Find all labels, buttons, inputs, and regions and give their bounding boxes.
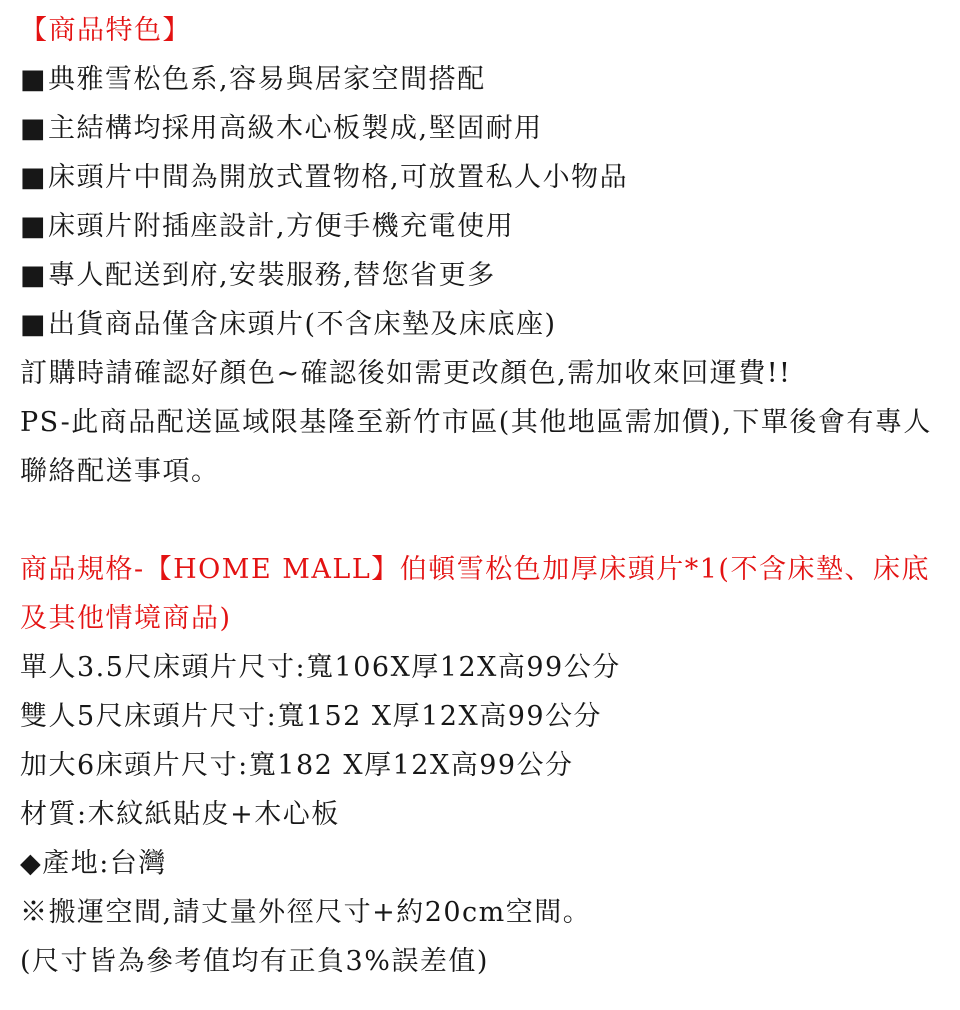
feature-text: 專人配送到府,安裝服務,替您省更多 xyxy=(48,260,496,291)
features-title: 【商品特色】 xyxy=(20,6,942,55)
square-bullet-icon: ■ xyxy=(20,104,47,153)
spec-line-tolerance: (尺寸皆為參考值均有正負3%誤差值) xyxy=(20,937,942,986)
spec-line-origin: ◆產地:台灣 xyxy=(20,839,942,888)
features-section: 【商品特色】 ■典雅雪松色系,容易與居家空間搭配 ■主結構均採用高級木心板製成,… xyxy=(20,6,942,496)
spec-line-moving-space: ※搬運空間,請丈量外徑尺寸+約20cm空間。 xyxy=(20,888,942,937)
feature-item: ■床頭片中間為開放式置物格,可放置私人小物品 xyxy=(20,153,942,202)
delivery-area-note: PS-此商品配送區域限基隆至新竹市區(其他地區需加價),下單後會有專人聯絡配送事… xyxy=(20,398,942,496)
feature-item: ■主結構均採用高級木心板製成,堅固耐用 xyxy=(20,104,942,153)
square-bullet-icon: ■ xyxy=(20,300,47,349)
feature-text: 床頭片附插座設計,方便手機充電使用 xyxy=(48,211,514,242)
feature-item: ■出貨商品僅含床頭片(不含床墊及床底座) xyxy=(20,300,942,349)
specs-section: 商品規格-【HOME MALL】伯頓雪松色加厚床頭片*1(不含床墊、床底及其他情… xyxy=(20,545,942,986)
feature-item: ■床頭片附插座設計,方便手機充電使用 xyxy=(20,202,942,251)
specs-title: 商品規格-【HOME MALL】伯頓雪松色加厚床頭片*1(不含床墊、床底及其他情… xyxy=(20,545,942,643)
square-bullet-icon: ■ xyxy=(20,55,47,104)
product-description: 【商品特色】 ■典雅雪松色系,容易與居家空間搭配 ■主結構均採用高級木心板製成,… xyxy=(0,0,960,986)
square-bullet-icon: ■ xyxy=(20,251,47,300)
spec-line-double-size: 雙人5尺床頭片尺寸:寬152 X厚12X高99公分 xyxy=(20,692,942,741)
spec-line-single-size: 單人3.5尺床頭片尺寸:寬106X厚12X高99公分 xyxy=(20,643,942,692)
feature-text: 典雅雪松色系,容易與居家空間搭配 xyxy=(48,64,486,95)
spec-line-king-size: 加大6床頭片尺寸:寬182 X厚12X高99公分 xyxy=(20,741,942,790)
square-bullet-icon: ■ xyxy=(20,202,47,251)
feature-text: 床頭片中間為開放式置物格,可放置私人小物品 xyxy=(48,162,628,193)
square-bullet-icon: ■ xyxy=(20,153,47,202)
feature-text: 主結構均採用高級木心板製成,堅固耐用 xyxy=(48,113,543,144)
order-color-note: 訂購時請確認好顏色~確認後如需更改顏色,需加收來回運費!! xyxy=(20,349,942,398)
feature-item: ■專人配送到府,安裝服務,替您省更多 xyxy=(20,251,942,300)
feature-item: ■典雅雪松色系,容易與居家空間搭配 xyxy=(20,55,942,104)
feature-text: 出貨商品僅含床頭片(不含床墊及床底座) xyxy=(48,309,557,340)
spec-line-material: 材質:木紋紙貼皮+木心板 xyxy=(20,790,942,839)
